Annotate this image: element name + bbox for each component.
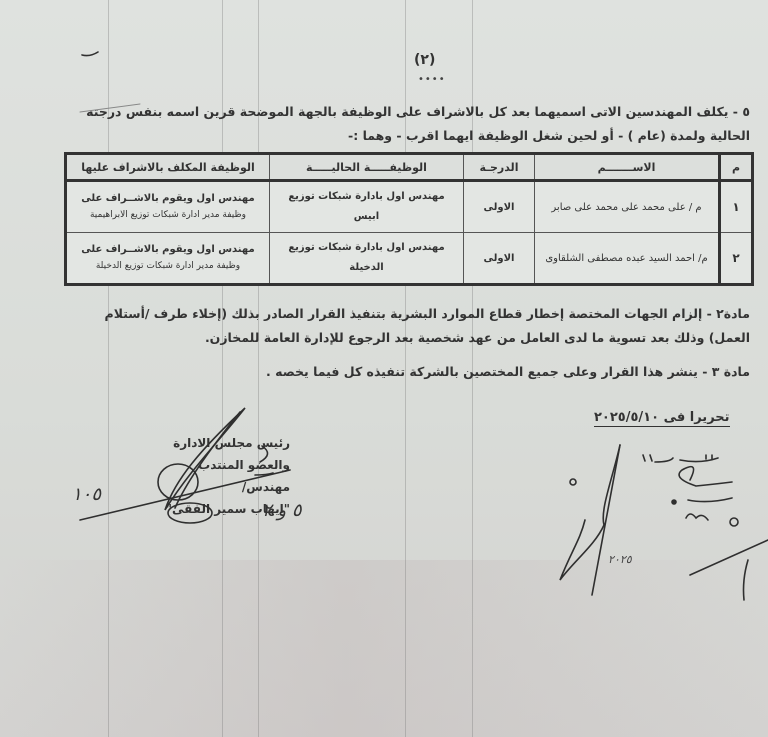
page-number-dots: •••• (418, 74, 446, 85)
clause-5-text: ٥ - يكلف المهندسين الاتى اسميهما بعد كل … (60, 100, 750, 148)
article-3-text: مادة ٣ - ينشر هذا القرار وعلى جميع المخت… (60, 360, 750, 384)
assignment-table: م الاســـــــم الدرجـة الوظيفـــــة الحا… (64, 152, 754, 286)
header-grade: الدرجـة (464, 154, 535, 181)
current-job: مهندس اول بادارة شبكات توزيع الدخيلة (270, 233, 464, 285)
employee-name: م / على محمد على محمد على صابر (535, 181, 720, 233)
header-name: الاســـــــم (535, 154, 720, 181)
header-number: م (720, 154, 753, 181)
employee-name: م/ احمد السيد عبده مصطفى الشلقاوى (535, 233, 720, 285)
supervision-line-2: وظيفة مدير ادارة شبكات توزيع الابراهيمية (71, 207, 265, 223)
current-job: مهندس اول بادارة شبكات توزيع ابيس (270, 181, 464, 233)
handwritten-note-left: ١٠٥ (72, 484, 101, 505)
signatory-title-1: رئيس مجلس الادارة (110, 432, 290, 454)
article-2-text: مادة٢ - إلزام الجهات المختصة إخطار قطاع … (60, 302, 750, 350)
table-row: ٢ م/ احمد السيد عبده مصطفى الشلقاوى الاو… (66, 233, 753, 285)
table-row: ١ م / على محمد على محمد على صابر الاولى … (66, 181, 753, 233)
employee-grade: الاولى (464, 233, 535, 285)
supervision-job: مهندس اول ويقوم بالاشــراف على وظيفة مدي… (66, 181, 270, 233)
row-number: ٢ (720, 233, 753, 285)
page-number: (٢) (414, 52, 435, 68)
supervision-line-1: مهندس اول ويقوم بالاشــراف على (81, 244, 254, 255)
handwritten-note-center: ٥ و ٢ (262, 500, 301, 521)
supervision-line-2: وظيفة مدير ادارة شبكات توزيع الدخيلة (71, 258, 265, 274)
handwritten-date-right: ٢٠٢٥ (608, 553, 632, 566)
issue-date: تحريرا فى ٢٠٢٥/٥/١٠ (594, 410, 730, 427)
table-header-row: م الاســـــــم الدرجـة الوظيفـــــة الحا… (66, 154, 753, 181)
supervision-line-1: مهندس اول ويقوم بالاشــراف على (81, 193, 254, 204)
row-number: ١ (720, 181, 753, 233)
paper-shadow (0, 560, 768, 737)
signatory-title-2: والعضو المنتدب (110, 454, 290, 476)
employee-grade: الاولى (464, 181, 535, 233)
header-supervision-job: الوظيفة المكلف بالاشراف عليها (66, 154, 270, 181)
header-current-job: الوظيفـــــة الحاليـــــة (270, 154, 464, 181)
signatory-title-3: مهندس/ (110, 476, 290, 498)
supervision-job: مهندس اول ويقوم بالاشــراف على وظيفة مدي… (66, 233, 270, 285)
